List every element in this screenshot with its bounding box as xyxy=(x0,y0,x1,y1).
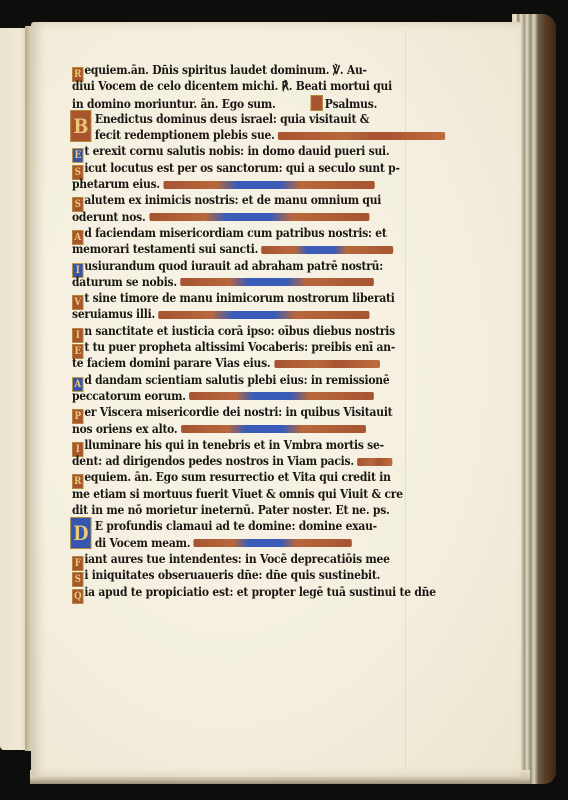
line-filler-ornament xyxy=(262,246,394,254)
illuminated-initial: Q xyxy=(72,589,83,604)
text-line: In sanctitate et iusticia corā ipso: oīb… xyxy=(72,323,367,339)
psalm-label: Psalmus. xyxy=(325,97,377,111)
text-line: oderunt nos. xyxy=(72,209,367,225)
text-line: phetarum eius. xyxy=(72,176,367,192)
text-line: Per Viscera misericordie dei nostri: in … xyxy=(72,404,367,420)
line-filler-ornament xyxy=(194,539,352,547)
line-text: usiurandum quod iurauit ad abraham patrē… xyxy=(84,259,383,273)
line-text: iant aures tue intendentes: in Vocē depr… xyxy=(84,552,389,566)
line-filler-ornament xyxy=(189,392,374,400)
line-text: lluminare his qui in tenebris et in Vmbr… xyxy=(84,438,384,452)
line-filler-ornament xyxy=(278,132,445,140)
line-text: n sanctitate et iusticia corā ipso: oību… xyxy=(84,324,395,338)
text-line: Requiem.ān. Dn̄is spiritus laudet dominu… xyxy=(72,62,367,78)
line-filler-ornament xyxy=(159,311,370,319)
line-text: equiem. ān. Ego sum resurrectio et Vita … xyxy=(84,470,390,484)
text-line: nos oriens ex alto. xyxy=(72,421,367,437)
text-line: memorari testamenti sui sancti. xyxy=(72,241,367,257)
line-text: daturum se nobis. xyxy=(72,275,177,289)
line-text: dent: ad dirigendos pedes nostros in Via… xyxy=(72,454,354,468)
text-line: in domino moriuntur. ān. Ego sum.Psalmus… xyxy=(72,95,367,111)
text-line: Fiant aures tue intendentes: in Vocē dep… xyxy=(72,551,367,567)
text-line: BEnedictus dominus deus israel: quia vis… xyxy=(72,111,367,127)
line-filler-ornament xyxy=(149,213,369,221)
line-filler-ornament xyxy=(274,360,380,368)
text-line: DE profundis clamaui ad te domine: domin… xyxy=(72,518,367,534)
line-text: oderunt nos. xyxy=(72,210,145,224)
line-text: t sine timore de manu inimicorum nostror… xyxy=(84,291,394,305)
text-line: Sicut locutus est per os sanctorum: qui … xyxy=(72,160,367,176)
text-line: Et erexit cornu salutis nobis: in domo d… xyxy=(72,143,367,159)
line-text: t tu puer propheta altissimi Vocaberis: … xyxy=(84,340,395,354)
line-text: di Vocem meam. xyxy=(95,536,190,550)
line-text: Enedictus dominus deus israel: quia visi… xyxy=(95,112,369,126)
text-line: te faciem domini parare Vias eius. xyxy=(72,355,367,371)
line-text: phetarum eius. xyxy=(72,177,160,191)
line-text: d dandam scientiam salutis plebi eius: i… xyxy=(84,373,389,387)
line-filler-ornament xyxy=(180,278,374,286)
text-line: Ad faciendam misericordiam cum patribus … xyxy=(72,225,367,241)
text-line: Illuminare his qui in tenebris et in Vmb… xyxy=(72,437,367,453)
text-line: Iusiurandum quod iurauit ad abraham patr… xyxy=(72,258,367,274)
text-line: di Vocem meam. xyxy=(72,535,367,551)
psalm-initial-icon xyxy=(311,95,323,111)
line-text: ia apud te propiciatio est: et propter l… xyxy=(84,585,436,599)
line-text: memorari testamenti sui sancti. xyxy=(72,242,258,256)
line-text: alutem ex inimicis nostris: et de manu o… xyxy=(84,193,381,207)
line-text: dit in me nō morietur ineternū. Pater no… xyxy=(72,503,390,517)
text-line: dit in me nō morietur ineternū. Pater no… xyxy=(72,502,367,518)
text-line: peccatorum eorum. xyxy=(72,388,367,404)
text-line: diui Vocem de celo dicentem michi. ℟. Be… xyxy=(72,78,367,94)
line-text: d faciendam misericordiam cum patribus n… xyxy=(84,226,386,240)
text-line: Vt sine timore de manu inimicorum nostro… xyxy=(72,290,367,306)
text-line: fecit redemptionem plebis sue. xyxy=(72,127,367,143)
line-text: seruiamus illi. xyxy=(72,307,155,321)
line-text: E profundis clamaui ad te domine: domine… xyxy=(95,519,377,533)
line-text: t erexit cornu salutis nobis: in domo da… xyxy=(84,144,389,158)
text-line: seruiamus illi. xyxy=(72,306,367,322)
line-text: equiem.ān. Dn̄is spiritus laudet dominum… xyxy=(84,63,366,77)
text-line: Qia apud te propiciatio est: et propter … xyxy=(72,584,367,600)
line-text: me etiam si mortuus fuerit Viuet & omnis… xyxy=(72,487,403,501)
line-text: diui Vocem de celo dicentem michi. ℟. Be… xyxy=(72,79,392,93)
text-line: Et tu puer propheta altissimi Vocaberis:… xyxy=(72,339,367,355)
text-line: me etiam si mortuus fuerit Viuet & omnis… xyxy=(72,486,367,502)
line-text: te faciem domini parare Vias eius. xyxy=(72,356,270,370)
manuscript-text-block: Requiem.ān. Dn̄is spiritus laudet dominu… xyxy=(72,62,407,600)
text-line: Ad dandam scientiam salutis plebi eius: … xyxy=(72,372,367,388)
line-text: peccatorum eorum. xyxy=(72,389,186,403)
line-text: fecit redemptionem plebis sue. xyxy=(95,128,275,142)
line-text: icut locutus est per os sanctorum: qui a… xyxy=(84,161,399,175)
text-line: daturum se nobis. xyxy=(72,274,367,290)
text-line: Requiem. ān. Ego sum resurrectio et Vita… xyxy=(72,469,367,485)
text-line: Salutem ex inimicis nostris: et de manu … xyxy=(72,192,367,208)
line-filler-ornament xyxy=(181,425,366,433)
line-text: er Viscera misericordie dei nostri: in q… xyxy=(84,405,392,419)
line-text: nos oriens ex alto. xyxy=(72,422,177,436)
text-line: dent: ad dirigendos pedes nostros in Via… xyxy=(72,453,367,469)
line-filler-ornament xyxy=(163,181,374,189)
line-text: in domino moriuntur. ān. Ego sum. xyxy=(72,97,276,111)
line-text: i iniquitates obseruaueris dn̄e: dn̄e qu… xyxy=(84,568,380,582)
line-filler-ornament xyxy=(357,458,392,466)
text-line: Si iniquitates obseruaueris dn̄e: dn̄e q… xyxy=(72,567,367,583)
